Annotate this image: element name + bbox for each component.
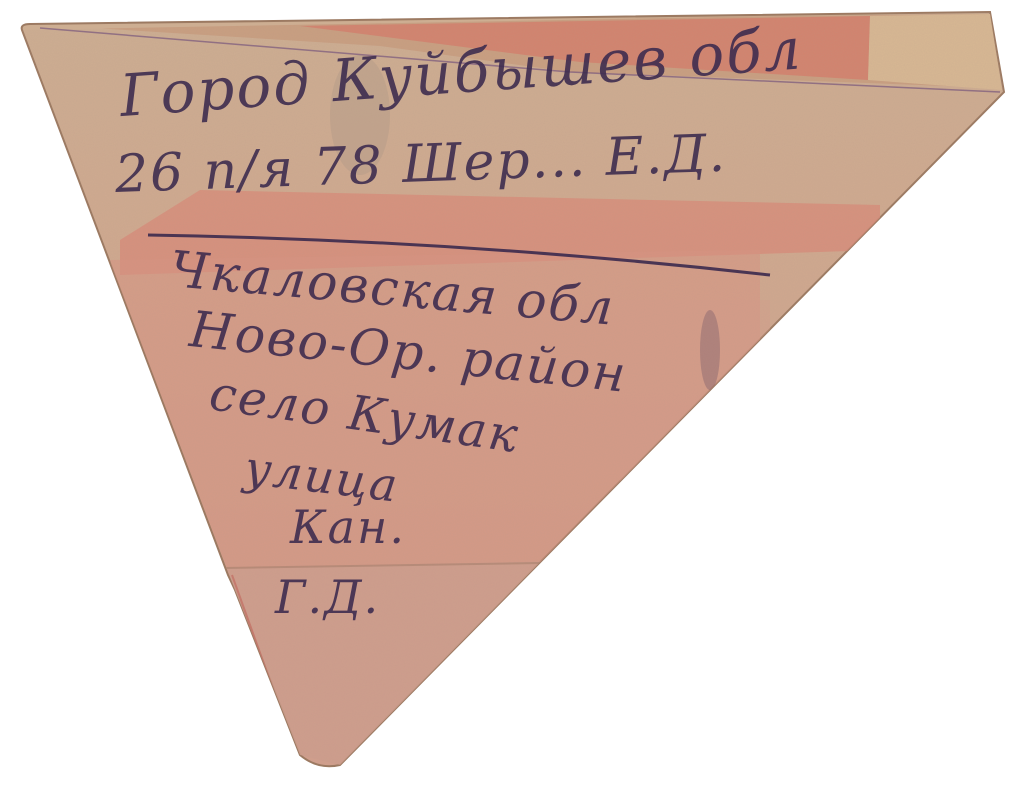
recipient-line-6: Г.Д.: [275, 570, 380, 624]
photo-stage: Город Куйбышев обл 26 п/я 78 Шер... Е.Д.…: [0, 0, 1024, 788]
recipient-line-5: Кан.: [290, 500, 406, 554]
